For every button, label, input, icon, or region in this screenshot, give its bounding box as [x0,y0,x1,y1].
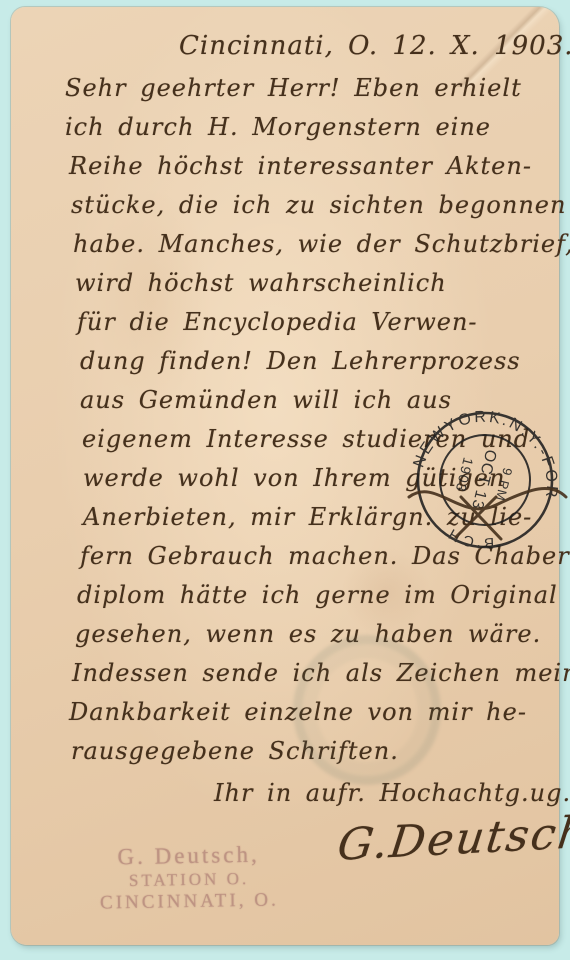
pen-scribble [401,427,570,567]
sender-stamp-name: G. Deutsch, [68,841,308,871]
faint-postmark-smudge [293,635,441,785]
handwritten-line: Sehr geehrter Herr! Eben erhielt [57,69,549,108]
handwritten-line: dung finden! Den Lehrerprozess [57,342,549,381]
handwritten-line: wird höchst wahrscheinlich [57,264,549,303]
closing-line: Ihr in aufr. Hochachtg.ug. [214,779,570,807]
handwritten-line: stücke, die ich zu sichten begonnen [57,186,549,225]
handwritten-line: habe. Manches, wie der Schutzbrief, [57,225,549,264]
sender-stamp-city: CINCINNATI, O. [69,889,309,915]
postcard-photo: Cincinnati, O. 12. X. 1903. Sehr geehrte… [0,0,570,960]
signature: G.Deutsch. [335,806,570,871]
dateline: Cincinnati, O. 12. X. 1903. [179,31,570,61]
handwritten-line: diplom hätte ich gerne im Original [57,576,549,615]
handwritten-line: gesehen, wenn es zu haben wäre. [57,615,549,654]
postcard: Cincinnati, O. 12. X. 1903. Sehr geehrte… [11,7,559,945]
sender-stamp-station: STATION O. [69,868,309,892]
sender-rubber-stamp: G. Deutsch, STATION O. CINCINNATI, O. [68,841,309,915]
handwritten-line: Reihe höchst interessanter Akten- [57,147,549,186]
handwritten-line: für die Encyclopedia Verwen- [57,303,549,342]
handwritten-line: ich durch H. Morgenstern eine [57,108,549,147]
